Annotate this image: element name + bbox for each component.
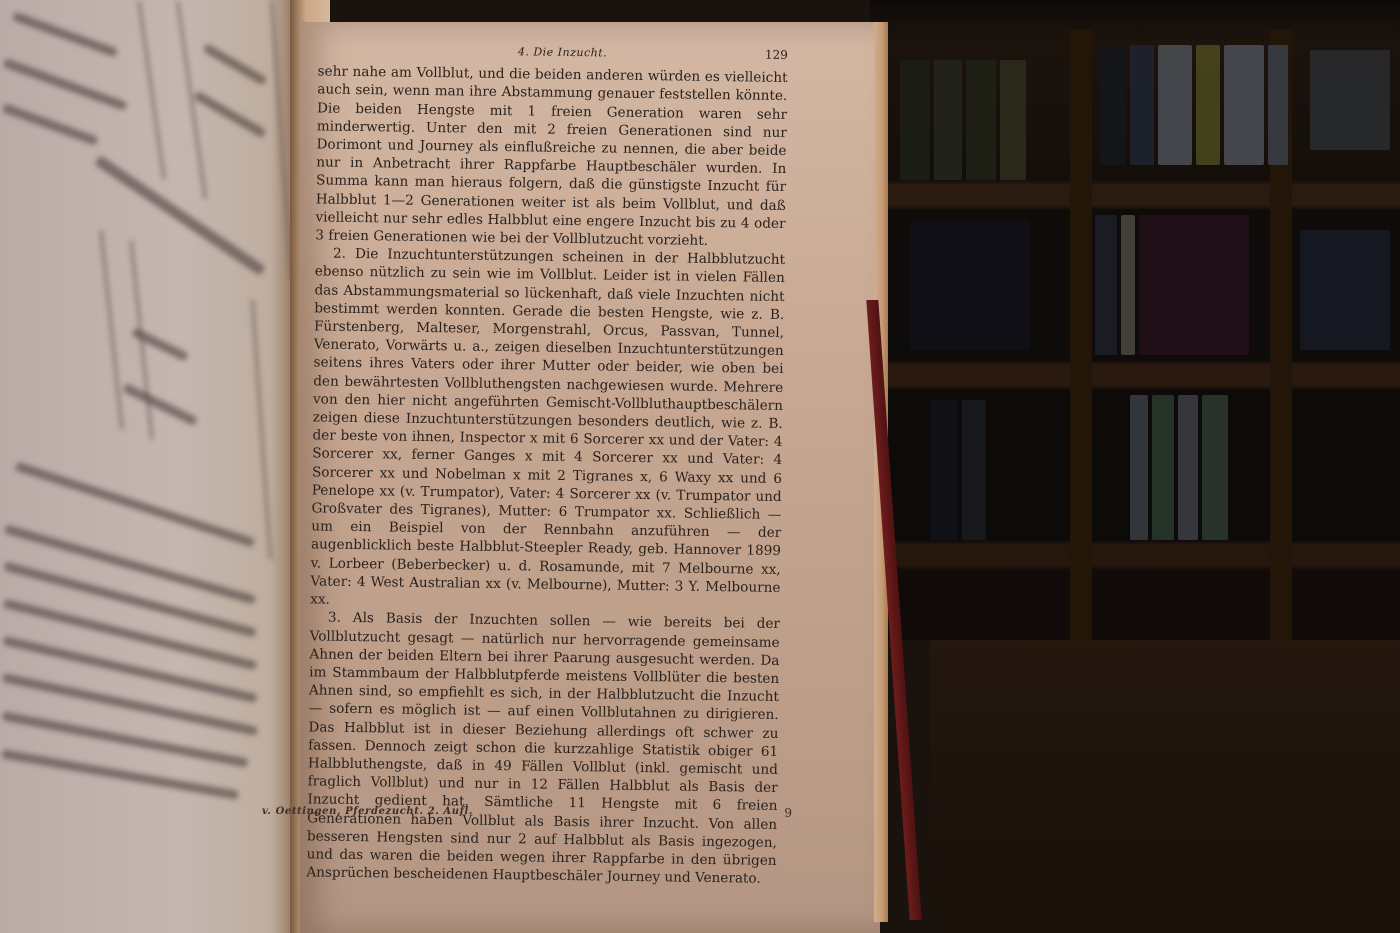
page-number: 129 xyxy=(765,46,788,65)
paragraph: 2. Die Inzuchtunterstützungen scheinen i… xyxy=(310,245,785,616)
book-row xyxy=(930,400,986,540)
book-row xyxy=(1300,230,1390,350)
left-page-blurred-text xyxy=(0,0,300,933)
left-page xyxy=(0,0,300,933)
paragraph: sehr nahe am Vollblut, und die beiden an… xyxy=(315,63,787,252)
signature-number: 9 xyxy=(784,806,792,820)
page-footer: v. Oettingen, Pferdezucht. 2. Aufl. 9 xyxy=(262,806,792,820)
wooden-table xyxy=(930,640,1400,933)
book-row xyxy=(1310,50,1390,150)
right-page-text: 4. Die Inzucht. 129 sehr nahe am Vollblu… xyxy=(306,39,788,888)
book-row xyxy=(1130,395,1228,540)
book-row xyxy=(900,60,1026,180)
shelf-post xyxy=(1070,30,1092,640)
paragraph: 3. Als Basis der Inzuchten sollen — wie … xyxy=(306,609,780,889)
bookshelf-background xyxy=(870,0,1400,640)
footer-signature: v. Oettingen, Pferdezucht. 2. Aufl. xyxy=(262,806,473,820)
book-row xyxy=(1100,45,1288,165)
book-row xyxy=(1095,215,1249,355)
book-row xyxy=(910,220,1030,350)
chapter-title: 4. Die Inzucht. xyxy=(518,43,608,62)
